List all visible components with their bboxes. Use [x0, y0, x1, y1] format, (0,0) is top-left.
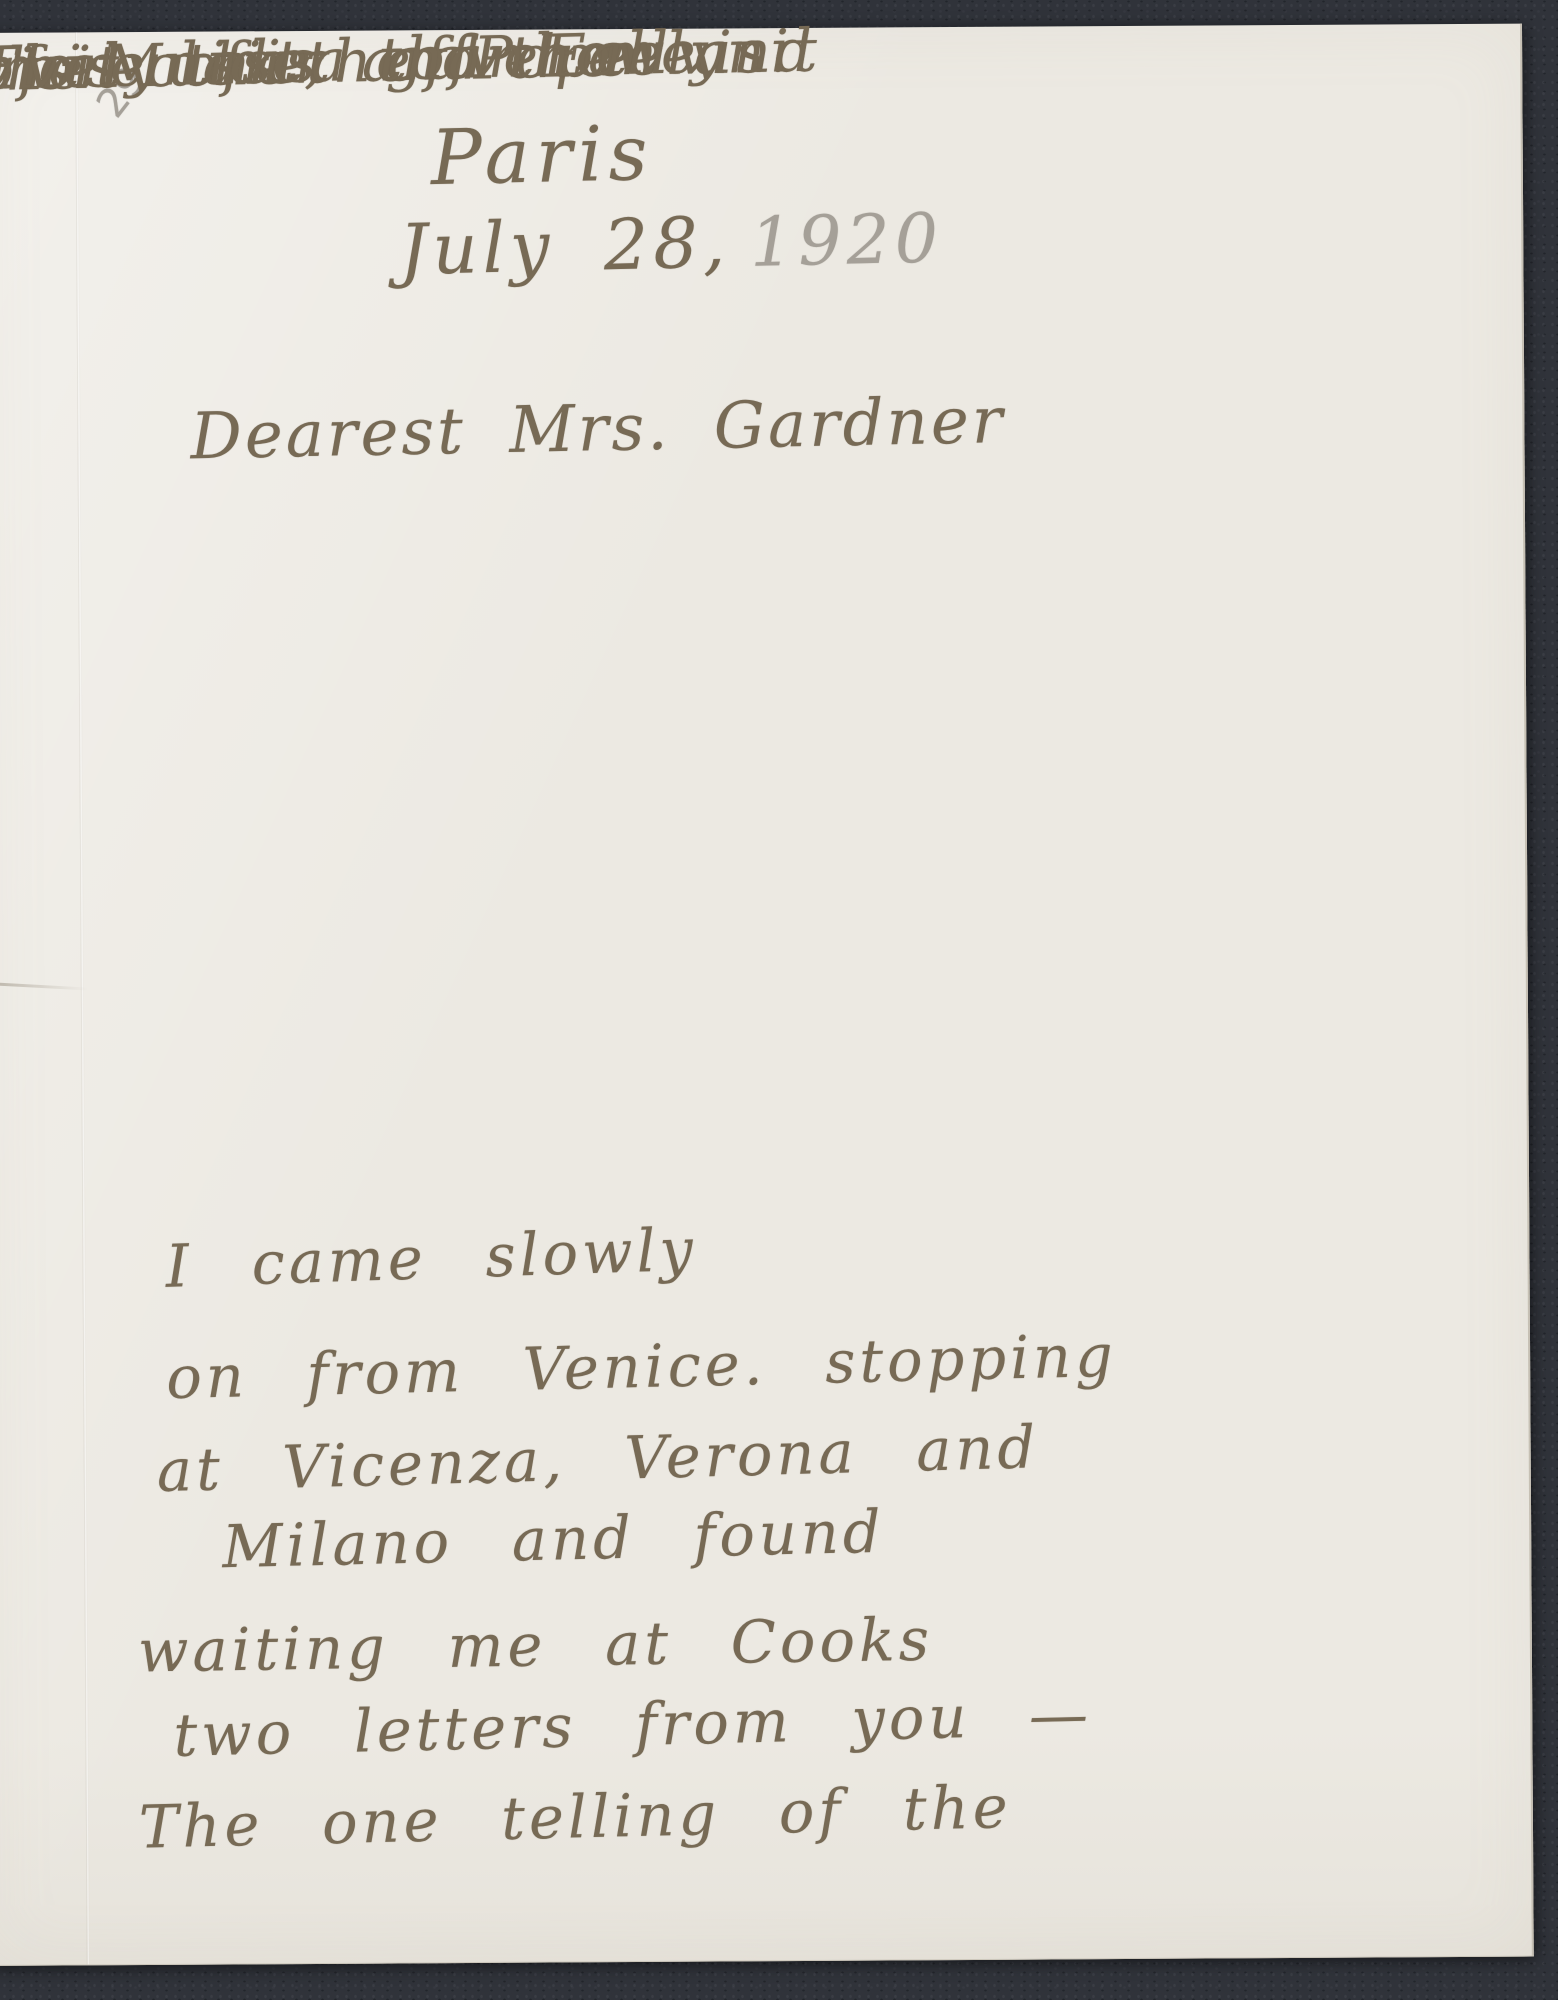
paper-edge-crease [0, 982, 88, 991]
letter-body-line: I came slowly [165, 1220, 698, 1296]
letter-body-line: The one telling of the [138, 1777, 1012, 1857]
letter-paper: 29 Paris July 28,1920 Dearest Mrs. Gardn… [0, 24, 1534, 1966]
letter-body-line: two letters from you — [173, 1684, 1093, 1765]
letter-body-line: Milano and found [222, 1502, 886, 1577]
letter-body-line: waiting me at Cooks [137, 1610, 933, 1681]
letter-salutation: Dearest Mrs. Gardner [190, 389, 1006, 469]
letter-place: Paris [430, 115, 654, 196]
paper-fold-line [75, 32, 90, 1964]
letter-date-day: July 28, [398, 201, 730, 291]
letter-body-line: Evelyn is than all [0, 23, 674, 98]
letter-body-line: on from Venice. stopping [166, 1326, 1118, 1407]
letter-date-year-pencil: 1920 [749, 199, 944, 283]
letter-body-line: at Vicenza, Verona and [156, 1417, 1040, 1500]
letter-date: July 28,1920 [399, 202, 944, 286]
